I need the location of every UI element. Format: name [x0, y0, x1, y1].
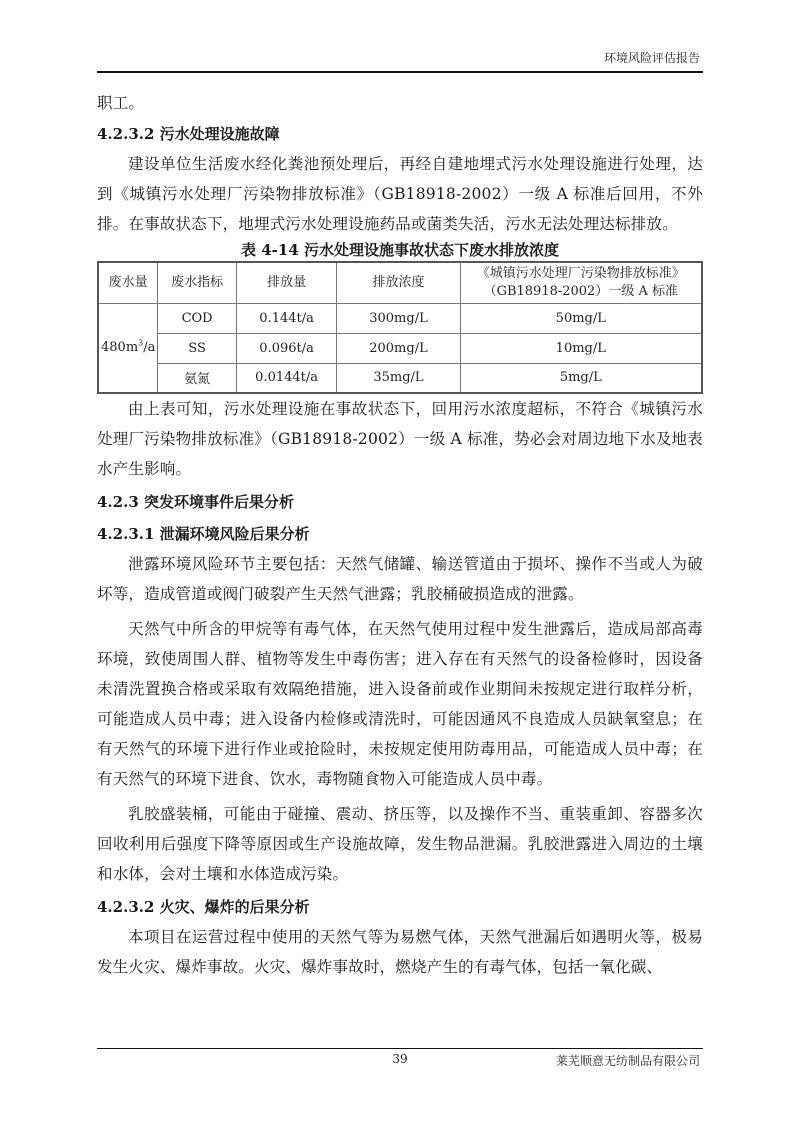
cell-indicator: SS: [158, 333, 236, 363]
paragraph-latex-leak: 乳胶盛装桶，可能由于碰撞、震动、挤压等，以及操作不当、重装重卸、容器多次回收利用…: [97, 799, 703, 889]
volume-unit: /a: [143, 340, 155, 355]
header-standard-line1: 《城镇污水处理厂污染物排放标准》: [463, 265, 699, 283]
footer-company-name: 莱芜顺意无纺制品有限公司: [556, 1052, 700, 1069]
running-header-title: 环境风险评估报告: [604, 49, 700, 66]
cell-concentration: 200mg/L: [337, 333, 460, 363]
header-wastewater-indicator: 废水指标: [158, 262, 236, 303]
cell-amount: 0.144t/a: [236, 303, 337, 333]
cell-indicator: COD: [158, 303, 236, 333]
cell-concentration: 300mg/L: [337, 303, 460, 333]
paragraph-leak-links: 泄露环境风险环节主要包括：天然气储罐、输送管道由于损坏、操作不当或人为破坏等，造…: [97, 549, 703, 609]
table-header-row: 废水量 废水指标 排放量 排放浓度 《城镇污水处理厂污染物排放标准》 （GB18…: [98, 262, 702, 303]
cell-amount: 0.096t/a: [236, 333, 337, 363]
cell-concentration: 35mg/L: [337, 363, 460, 393]
header-rule: [97, 71, 703, 73]
cell-amount: 0.0144t/a: [236, 363, 337, 393]
section-heading-4-2-3-2-fire: 4.2.3.2 火灾、爆炸的后果分析: [97, 892, 703, 922]
header-discharge-concentration: 排放浓度: [337, 262, 460, 303]
paragraph-continued: 职工。: [97, 88, 703, 118]
section-heading-4-2-3: 4.2.3 突发环境事件后果分析: [97, 487, 703, 517]
cell-standard: 5mg/L: [460, 363, 702, 393]
document-page: 环境风险评估报告 职工。 4.2.3.2 污水处理设施故障 建设单位生活废水经化…: [0, 0, 800, 1131]
table-caption: 表 4-14 污水处理设施事故状态下废水排放浓度: [97, 239, 703, 261]
header-standard: 《城镇污水处理厂污染物排放标准》 （GB18918-2002）一级 A 标准: [460, 262, 702, 303]
cell-standard: 10mg/L: [460, 333, 702, 363]
table-row: SS 0.096t/a 200mg/L 10mg/L: [98, 333, 702, 363]
header-wastewater-volume: 废水量: [98, 262, 158, 303]
volume-value: 480m: [101, 340, 138, 355]
table-row: 480m3/a COD 0.144t/a 300mg/L 50mg/L: [98, 303, 702, 333]
paragraph-fire-explosion: 本项目在运营过程中使用的天然气等为易燃气体，天然气泄漏后如遇明火等，极易发生火灾…: [97, 922, 703, 982]
paragraph-sewage-treatment: 建设单位生活废水经化粪池预处理后，再经自建地埋式污水处理设施进行处理，达到《城镇…: [97, 149, 703, 239]
paragraph-gas-toxicity: 天然气中所含的甲烷等有毒气体，在天然气使用过程中发生泄露后，造成局部高毒环境，致…: [97, 614, 703, 794]
discharge-concentration-table: 废水量 废水指标 排放量 排放浓度 《城镇污水处理厂污染物排放标准》 （GB18…: [97, 261, 703, 394]
header-standard-line2: （GB18918-2002）一级 A 标准: [463, 283, 699, 301]
body-section-top: 职工。 4.2.3.2 污水处理设施故障 建设单位生活废水经化粪池预处理后，再经…: [97, 88, 703, 982]
section-heading-4-2-3-2-sewage: 4.2.3.2 污水处理设施故障: [97, 119, 703, 149]
header-discharge-amount: 排放量: [236, 262, 337, 303]
cell-volume: 480m3/a: [98, 303, 158, 393]
section-heading-4-2-3-1: 4.2.3.1 泄漏环境风险后果分析: [97, 519, 703, 549]
cell-indicator: 氨氮: [158, 363, 236, 393]
cell-standard: 50mg/L: [460, 303, 702, 333]
table-row: 氨氮 0.0144t/a 35mg/L 5mg/L: [98, 363, 702, 393]
footer-rule: [97, 1048, 703, 1049]
paragraph-table-conclusion: 由上表可知，污水处理设施在事故状态下，回用污水浓度超标，不符合《城镇污水处理厂污…: [97, 394, 703, 484]
